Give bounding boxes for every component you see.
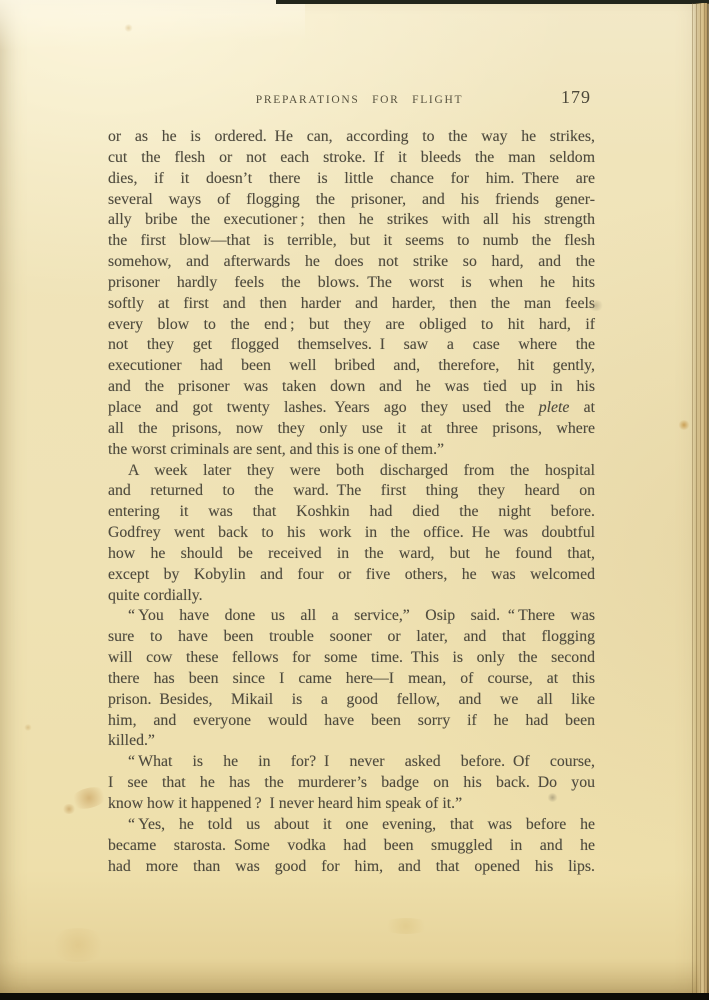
text-line: executioner had been well bribed and, th… (108, 356, 595, 377)
text-segment: at (569, 399, 595, 416)
text-line: several ways of flogging the prisoner, a… (108, 190, 595, 211)
text-line: Godfrey went back to his work in the off… (108, 523, 595, 544)
text-line: prison. Besides, Mikail is a good fellow… (108, 690, 595, 711)
running-header: PREPARATIONS FOR FLIGHT 179 (108, 90, 595, 114)
text-line: not they get flogged themselves. I saw a… (108, 335, 595, 356)
text-line: killed.” (108, 731, 595, 752)
text-line: entering it was that Koshkin had died th… (108, 502, 595, 523)
stain-smudge (380, 918, 432, 934)
text-line: “ You have done us all a service,” Osip … (108, 606, 595, 627)
text-segment: prison. Besides, Mikail is a good fellow… (108, 691, 595, 708)
italic-word: plete (539, 399, 570, 416)
paragraph: “ You have done us all a service,” Osip … (108, 606, 595, 752)
text-line: how he should be received in the ward, b… (108, 544, 595, 565)
text-segment: I see that he has the murderer’s badge o… (108, 774, 595, 791)
text-segment: “ You have done us all a service,” Osip … (128, 607, 595, 624)
text-segment: sure to have been trouble sooner or late… (108, 628, 595, 645)
text-segment: there has been since I came here—I mean,… (108, 670, 595, 687)
text-segment: all the prisons, now they only use it at… (108, 420, 595, 437)
text-line: or as he is ordered. He can, according t… (108, 127, 595, 148)
text-segment: except by Kobylin and four or five other… (108, 566, 595, 583)
text-segment: A week later they were both discharged f… (128, 462, 595, 479)
text-segment: quite cordially. (108, 587, 203, 604)
text-line: and the prisoner was taken down and he w… (108, 377, 595, 398)
text-line: I see that he has the murderer’s badge o… (108, 773, 595, 794)
text-line: will cow these fellows for some time. Th… (108, 648, 595, 669)
text-segment: and returned to the ward. The first thin… (108, 482, 595, 499)
text-line: the first blow—that is terrible, but it … (108, 231, 595, 252)
text-segment: how he should be received in the ward, b… (108, 545, 595, 562)
text-line: every blow to the end ; but they are obl… (108, 315, 595, 336)
text-segment: killed.” (108, 732, 155, 749)
text-line: became starosta. Some vodka had been smu… (108, 836, 595, 857)
text-segment: ally bribe the executioner ; then he str… (108, 211, 595, 228)
text-line: A week later they were both discharged f… (108, 461, 595, 482)
text-line: had more than was good for him, and that… (108, 857, 595, 878)
text-segment: and the prisoner was taken down and he w… (108, 378, 595, 395)
text-segment: the first blow—that is terrible, but it … (108, 232, 595, 249)
text-line: softly at first and then harder and hard… (108, 294, 595, 315)
text-line: somehow, and afterwards he does not stri… (108, 252, 595, 273)
stain-blob (68, 784, 110, 813)
text-line: there has been since I came here—I mean,… (108, 669, 595, 690)
text-segment: the worst criminals are sent, and this i… (108, 441, 444, 458)
text-line: “ Yes, he told us about it one evening, … (108, 815, 595, 836)
text-line: “ What is he in for? I never asked befor… (108, 752, 595, 773)
text-line: except by Kobylin and four or five other… (108, 565, 595, 586)
text-segment: him, and everyone would have been sorry … (108, 712, 595, 729)
scan-dark-edge-bottom (0, 993, 709, 1000)
text-segment: will cow these fellows for some time. Th… (108, 649, 595, 666)
running-title: PREPARATIONS FOR FLIGHT (256, 94, 463, 106)
body-text: or as he is ordered. He can, according t… (108, 127, 595, 877)
text-line: the worst criminals are sent, and this i… (108, 440, 595, 461)
page-sheet: PREPARATIONS FOR FLIGHT 179 or as he is … (0, 0, 709, 1000)
text-line: him, and everyone would have been sorry … (108, 711, 595, 732)
stain-smudge (48, 928, 108, 962)
text-line: and returned to the ward. The first thin… (108, 481, 595, 502)
text-line: know how it happened ? I never heard him… (108, 794, 595, 815)
text-line: cut the flesh or not each stroke. If it … (108, 148, 595, 169)
paragraph: “ Yes, he told us about it one evening, … (108, 815, 595, 878)
paragraph: or as he is ordered. He can, according t… (108, 127, 595, 461)
text-segment: somehow, and afterwards he does not stri… (108, 253, 595, 270)
text-segment: prisoner hardly feels the blows. The wor… (108, 274, 595, 291)
text-segment: entering it was that Koshkin had died th… (108, 503, 595, 520)
book-page-edges (692, 3, 709, 994)
foxing-spot (678, 420, 690, 430)
text-segment: had more than was good for him, and that… (108, 858, 595, 875)
text-line: ally bribe the executioner ; then he str… (108, 210, 595, 231)
text-segment: executioner had been well bribed and, th… (108, 357, 595, 374)
text-segment: “ Yes, he told us about it one evening, … (128, 816, 595, 833)
text-segment: or as he is ordered. He can, according t… (108, 128, 595, 145)
stain-blob (62, 804, 76, 814)
page-top-edge-highlight (0, 0, 305, 54)
text-line: sure to have been trouble sooner or late… (108, 627, 595, 648)
text-segment: dies, if it doesn’t there is little chan… (108, 170, 595, 187)
foxing-spot (24, 724, 32, 731)
text-segment: place and got twenty lashes. Years ago t… (108, 399, 539, 416)
text-line: prisoner hardly feels the blows. The wor… (108, 273, 595, 294)
text-segment: know how it happened ? I never heard him… (108, 795, 462, 812)
scanned-book-page: PREPARATIONS FOR FLIGHT 179 or as he is … (0, 0, 709, 1000)
paragraph: “ What is he in for? I never asked befor… (108, 752, 595, 815)
text-segment: “ What is he in for? I never asked befor… (128, 753, 595, 770)
paragraph: A week later they were both discharged f… (108, 461, 595, 607)
text-line: dies, if it doesn’t there is little chan… (108, 169, 595, 190)
page-number: 179 (561, 87, 591, 108)
text-segment: cut the flesh or not each stroke. If it … (108, 149, 595, 166)
text-segment: several ways of flogging the prisoner, a… (108, 191, 595, 208)
text-line: quite cordially. (108, 586, 595, 607)
text-segment: not they get flogged themselves. I saw a… (108, 336, 595, 353)
scan-dark-edge-top (276, 0, 709, 4)
text-line: place and got twenty lashes. Years ago t… (108, 398, 595, 419)
text-segment: Godfrey went back to his work in the off… (108, 524, 595, 541)
text-segment: softly at first and then harder and hard… (108, 295, 595, 312)
text-line: all the prisons, now they only use it at… (108, 419, 595, 440)
text-segment: became starosta. Some vodka had been smu… (108, 837, 595, 854)
text-segment: every blow to the end ; but they are obl… (108, 316, 595, 333)
